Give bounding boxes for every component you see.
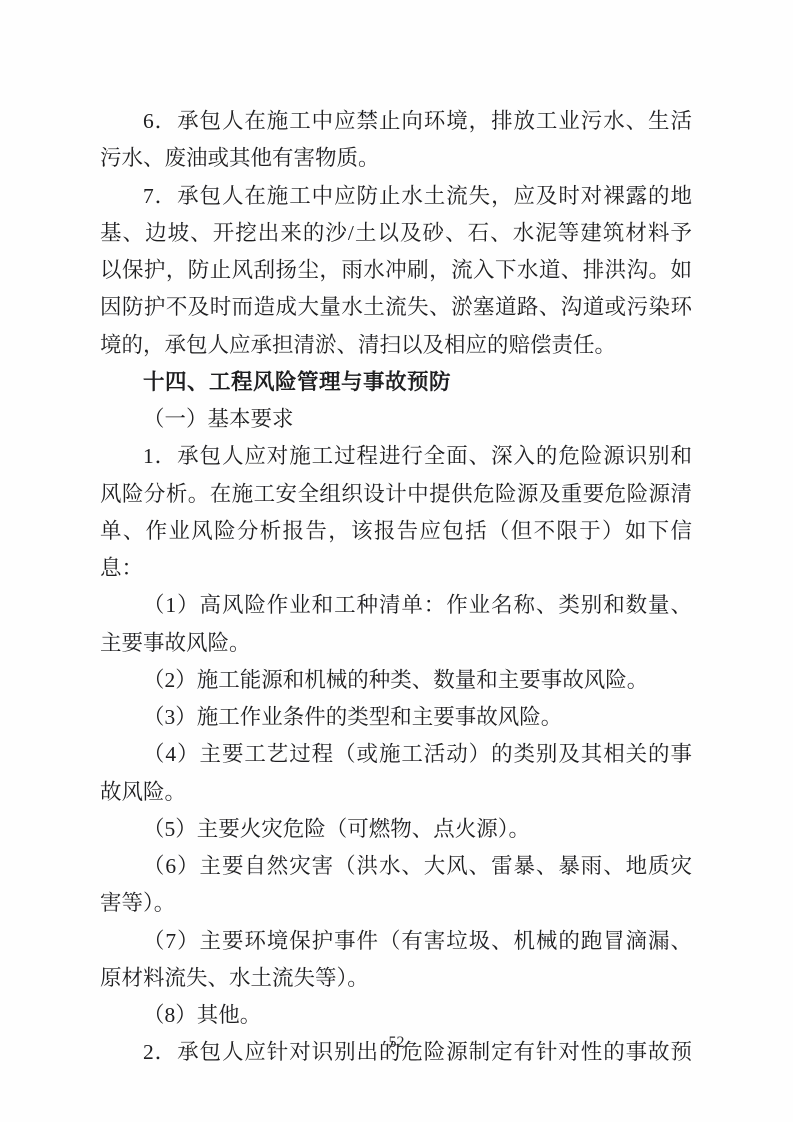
paragraph: （7）主要环境保护事件（有害垃圾、机械的跑冒滴漏、原材料流失、水土流失等）。 [100,923,692,998]
paragraph: （6）主要自然灾害（洪水、大风、雷暴、暴雨、地质灾害等）。 [100,848,692,923]
text-line: 故风险。 [100,774,692,811]
text-line: （4）主要工艺过程（或施工活动）的类别及其相关的事 [100,736,692,773]
text-line: 单、作业风险分析报告，该报告应包括（但不限于）如下信息： [100,513,692,588]
text-line: （2）施工能源和机械的种类、数量和主要事故风险。 [100,662,692,699]
text-line: （1）高风险作业和工种清单：作业名称、类别和数量、 [100,587,692,624]
text-line: （一）基本要求 [100,401,692,438]
section-heading: 十四、工程风险管理与事故预防 [100,364,692,401]
text-line: 6．承包人在施工中应禁止向环境，排放工业污水、生活 [100,103,692,140]
paragraph: （2）施工能源和机械的种类、数量和主要事故风险。 [100,662,692,699]
text-line: 主要事故风险。 [100,625,692,662]
text-line: （7）主要环境保护事件（有害垃圾、机械的跑冒滴漏、 [100,923,692,960]
text-line: 十四、工程风险管理与事故预防 [100,364,692,401]
page-number: 52 [0,1034,793,1052]
text-line: 境的，承包人应承担清淤、清扫以及相应的赔偿责任。 [100,327,692,364]
text-line: 污水、废油或其他有害物质。 [100,140,692,177]
document-page: 6．承包人在施工中应禁止向环境，排放工业污水、生活污水、废油或其他有害物质。7．… [0,0,793,1122]
paragraph: （4）主要工艺过程（或施工活动）的类别及其相关的事故风险。 [100,736,692,811]
document-body: 6．承包人在施工中应禁止向环境，排放工业污水、生活污水、废油或其他有害物质。7．… [100,103,692,1072]
text-line: 1．承包人应对施工过程进行全面、深入的危险源识别和 [100,438,692,475]
paragraph: （1）高风险作业和工种清单：作业名称、类别和数量、主要事故风险。 [100,587,692,662]
paragraph: （5）主要火灾危险（可燃物、点火源）。 [100,811,692,848]
text-line: 害等）。 [100,885,692,922]
text-line: 原材料流失、水土流失等）。 [100,960,692,997]
text-line: （8）其他。 [100,997,692,1034]
text-line: 7．承包人在施工中应防止水土流失，应及时对裸露的地 [100,178,692,215]
text-line: 风险分析。在施工安全组织设计中提供危险源及重要危险源清 [100,476,692,513]
paragraph: （3）施工作业条件的类型和主要事故风险。 [100,699,692,736]
text-line: 以保护，防止风刮扬尘，雨水冲刷，流入下水道、排洪沟。如 [100,252,692,289]
paragraph: （一）基本要求 [100,401,692,438]
text-line: 基、边坡、开挖出来的沙/土以及砂、石、水泥等建筑材料予 [100,215,692,252]
paragraph: 7．承包人在施工中应防止水土流失，应及时对裸露的地基、边坡、开挖出来的沙/土以及… [100,178,692,364]
text-line: （6）主要自然灾害（洪水、大风、雷暴、暴雨、地质灾 [100,848,692,885]
paragraph: （8）其他。 [100,997,692,1034]
text-line: （3）施工作业条件的类型和主要事故风险。 [100,699,692,736]
text-line: 因防护不及时而造成大量水土流失、淤塞道路、沟道或污染环 [100,289,692,326]
paragraph: 1．承包人应对施工过程进行全面、深入的危险源识别和风险分析。在施工安全组织设计中… [100,438,692,587]
paragraph: 6．承包人在施工中应禁止向环境，排放工业污水、生活污水、废油或其他有害物质。 [100,103,692,178]
text-line: （5）主要火灾危险（可燃物、点火源）。 [100,811,692,848]
